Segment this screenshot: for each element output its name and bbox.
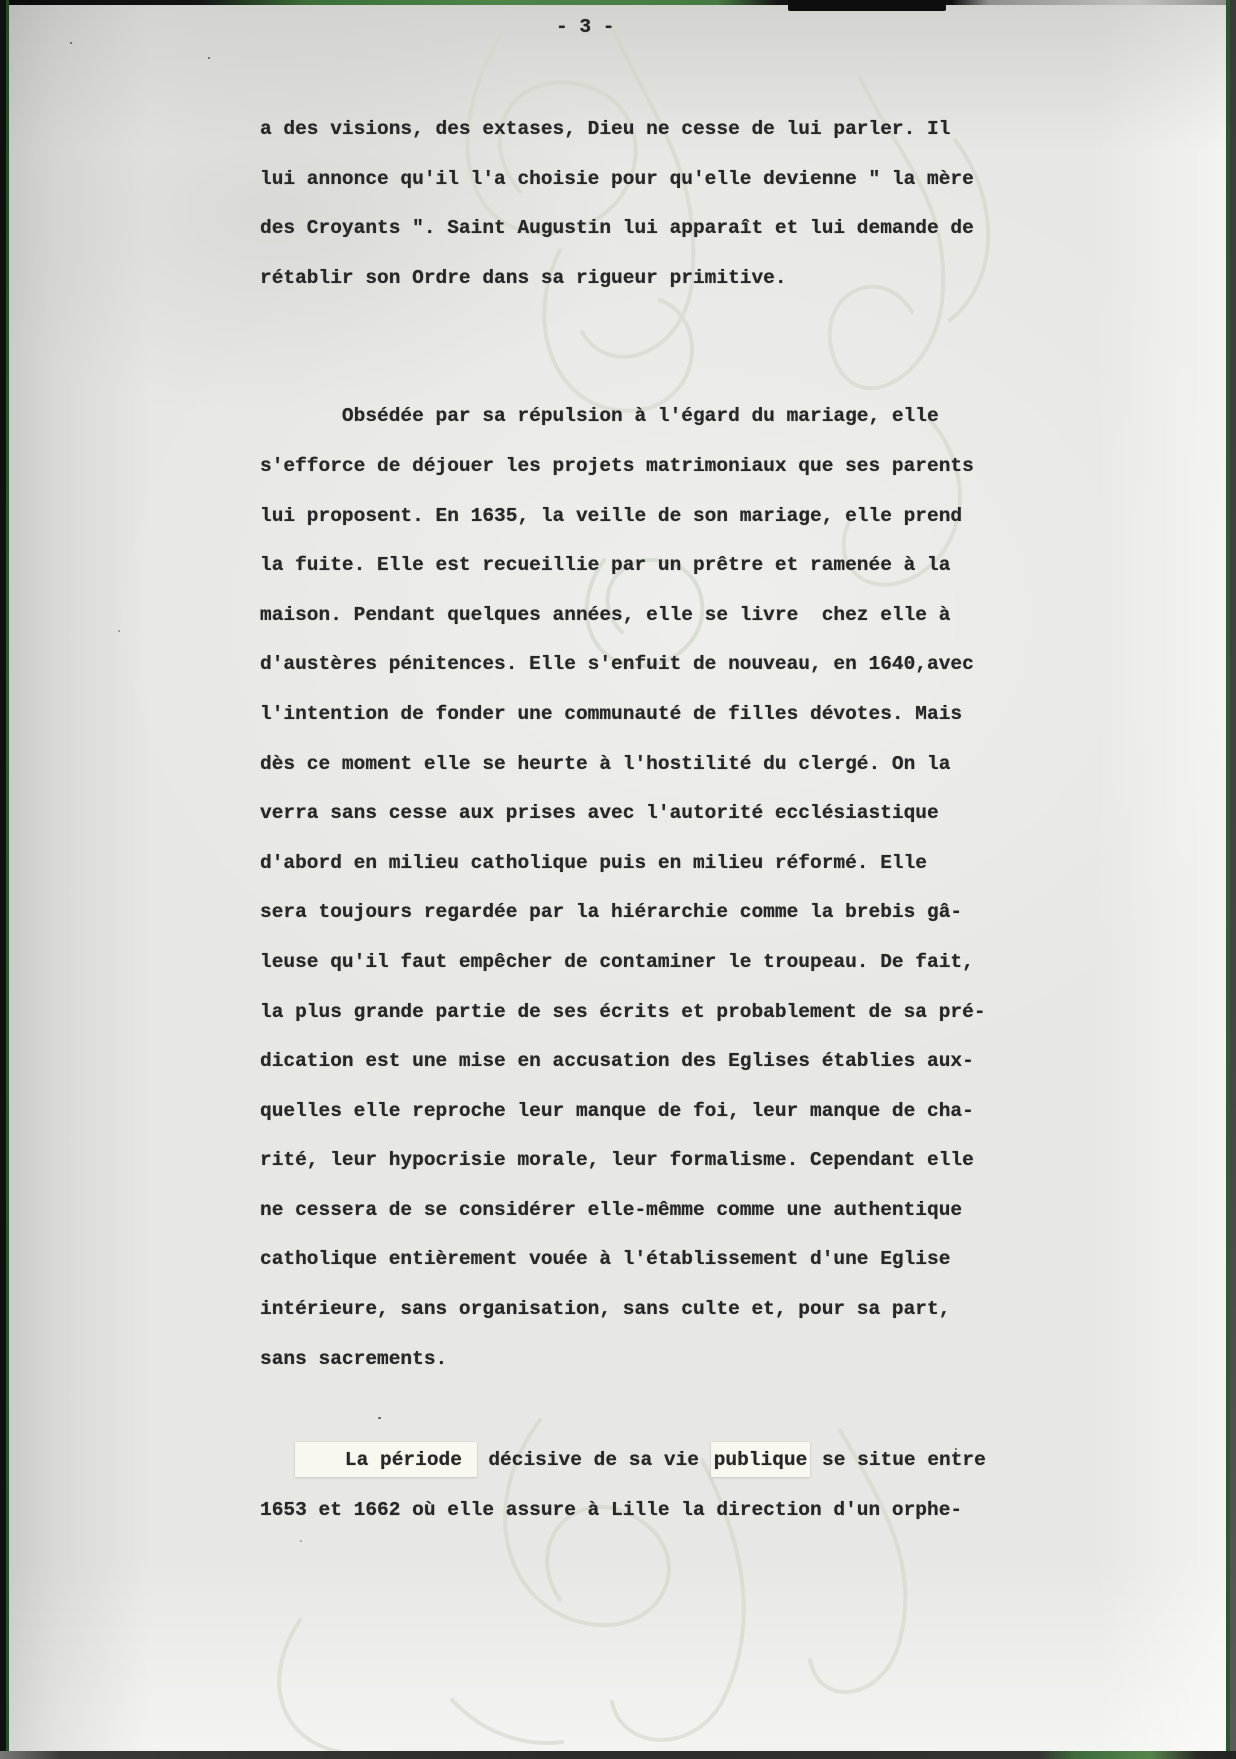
text-line: leuse qu'il faut empêcher de contaminer … <box>260 938 986 988</box>
text-line: lui proposent. En 1635, la veille de son… <box>260 492 986 542</box>
text-segment: Obsédée par sa répulsion à l'égard du ma… <box>260 405 939 427</box>
text-segment: s'efforce de déjouer les projets matrimo… <box>260 455 974 477</box>
text-segment: sans sacrements. <box>260 1348 447 1370</box>
text-segment: a des visions, des extases, Dieu ne cess… <box>260 118 950 140</box>
scanned-page: - 3 - a des visions, des extases, Dieu n… <box>0 0 1236 1759</box>
text-line: intérieure, sans organisation, sans cult… <box>260 1285 986 1335</box>
text-line: maison. Pendant quelques années, elle se… <box>260 591 986 641</box>
text-line: rité, leur hypocrisie morale, leur forma… <box>260 1136 986 1186</box>
text-line: l'intention de fonder une communauté de … <box>260 690 986 740</box>
text-line: d'abord en milieu catholique puis en mil… <box>260 839 986 889</box>
text-line: quelles elle reproche leur manque de foi… <box>260 1087 986 1137</box>
scan-edge-left-green <box>6 0 9 1759</box>
text-segment: verra sans cesse aux prises avec l'autor… <box>260 802 939 824</box>
text-block: a des visions, des extases, Dieu ne cess… <box>260 105 986 1535</box>
text-segment: ne cessera de se considérer elle-mêmme c… <box>260 1199 962 1221</box>
text-line: La période décisive de sa vie publique s… <box>260 1436 986 1486</box>
text-segment: se situe entre <box>810 1449 986 1471</box>
text-line: catholique entièrement vouée à l'établis… <box>260 1235 986 1285</box>
page-number: - 3 - <box>556 14 615 40</box>
text-segment: lui annonce qu'il l'a choisie pour qu'el… <box>260 168 974 190</box>
paragraph-p1: a des visions, des extases, Dieu ne cess… <box>260 105 986 303</box>
correction-patch: La période <box>295 1442 477 1477</box>
text-line: la fuite. Elle est recueillie par un prê… <box>260 541 986 591</box>
text-line: a des visions, des extases, Dieu ne cess… <box>260 105 986 155</box>
text-line: verra sans cesse aux prises avec l'autor… <box>260 789 986 839</box>
text-segment: sera toujours regardée par la hiérarchie… <box>260 901 962 923</box>
text-segment: maison. Pendant quelques années, elle se… <box>260 604 950 626</box>
text-segment: lui proposent. En 1635, la veille de son… <box>260 505 962 527</box>
text-line: dès ce moment elle se heurte à l'hostili… <box>260 740 986 790</box>
text-line: sans sacrements. <box>260 1335 986 1385</box>
text-segment: d'abord en milieu catholique puis en mil… <box>260 852 927 874</box>
scan-speck <box>300 1540 302 1542</box>
text-segment: l'intention de fonder une communauté de … <box>260 703 962 725</box>
text-segment: intérieure, sans organisation, sans cult… <box>260 1298 950 1320</box>
text-segment: dès ce moment elle se heurte à l'hostili… <box>260 753 950 775</box>
text-line: la plus grande partie de ses écrits et p… <box>260 988 986 1038</box>
text-line: lui annonce qu'il l'a choisie pour qu'el… <box>260 155 986 205</box>
scan-speck <box>208 57 210 59</box>
text-line: rétablir son Ordre dans sa rigueur primi… <box>260 254 986 304</box>
scan-speck <box>118 630 120 632</box>
text-segment: catholique entièrement vouée à l'établis… <box>260 1248 950 1270</box>
text-segment: rité, leur hypocrisie morale, leur forma… <box>260 1149 974 1171</box>
text-line: s'efforce de déjouer les projets matrimo… <box>260 442 986 492</box>
paragraph-p2: Obsédée par sa répulsion à l'égard du ma… <box>260 392 986 1384</box>
text-line: ne cessera de se considérer elle-mêmme c… <box>260 1186 986 1236</box>
text-line: sera toujours regardée par la hiérarchie… <box>260 888 986 938</box>
text-line: dication est une mise en accusation des … <box>260 1037 986 1087</box>
text-line: 1653 et 1662 où elle assure à Lille la d… <box>260 1486 986 1536</box>
text-line: d'austères pénitences. Elle s'enfuit de … <box>260 640 986 690</box>
text-line: des Croyants ". Saint Augustin lui appar… <box>260 204 986 254</box>
text-segment: dication est une mise en accusation des … <box>260 1050 974 1072</box>
text-segment: des Croyants ". Saint Augustin lui appar… <box>260 217 974 239</box>
text-segment: la fuite. Elle est recueillie par un prê… <box>260 554 950 576</box>
text-segment: leuse qu'il faut empêcher de contaminer … <box>260 951 974 973</box>
text-segment: 1653 et 1662 où elle assure à Lille la d… <box>260 1499 962 1521</box>
text-segment <box>260 1449 295 1471</box>
scan-edge-top-bar <box>788 0 946 11</box>
text-segment: décisive de sa vie <box>477 1449 711 1471</box>
text-segment: d'austères pénitences. Elle s'enfuit de … <box>260 653 974 675</box>
correction-patch: publique <box>711 1442 811 1477</box>
paragraph-p3: La période décisive de sa vie publique s… <box>260 1436 986 1535</box>
scan-speck <box>70 42 72 44</box>
text-line: Obsédée par sa répulsion à l'égard du ma… <box>260 392 986 442</box>
text-segment: rétablir son Ordre dans sa rigueur primi… <box>260 267 787 289</box>
scan-edge-right <box>1230 0 1236 1759</box>
scan-edge-bottom <box>0 1751 1236 1759</box>
text-segment: quelles elle reproche leur manque de foi… <box>260 1100 974 1122</box>
scan-edge-top <box>0 0 1236 5</box>
text-segment: la plus grande partie de ses écrits et p… <box>260 1001 986 1023</box>
